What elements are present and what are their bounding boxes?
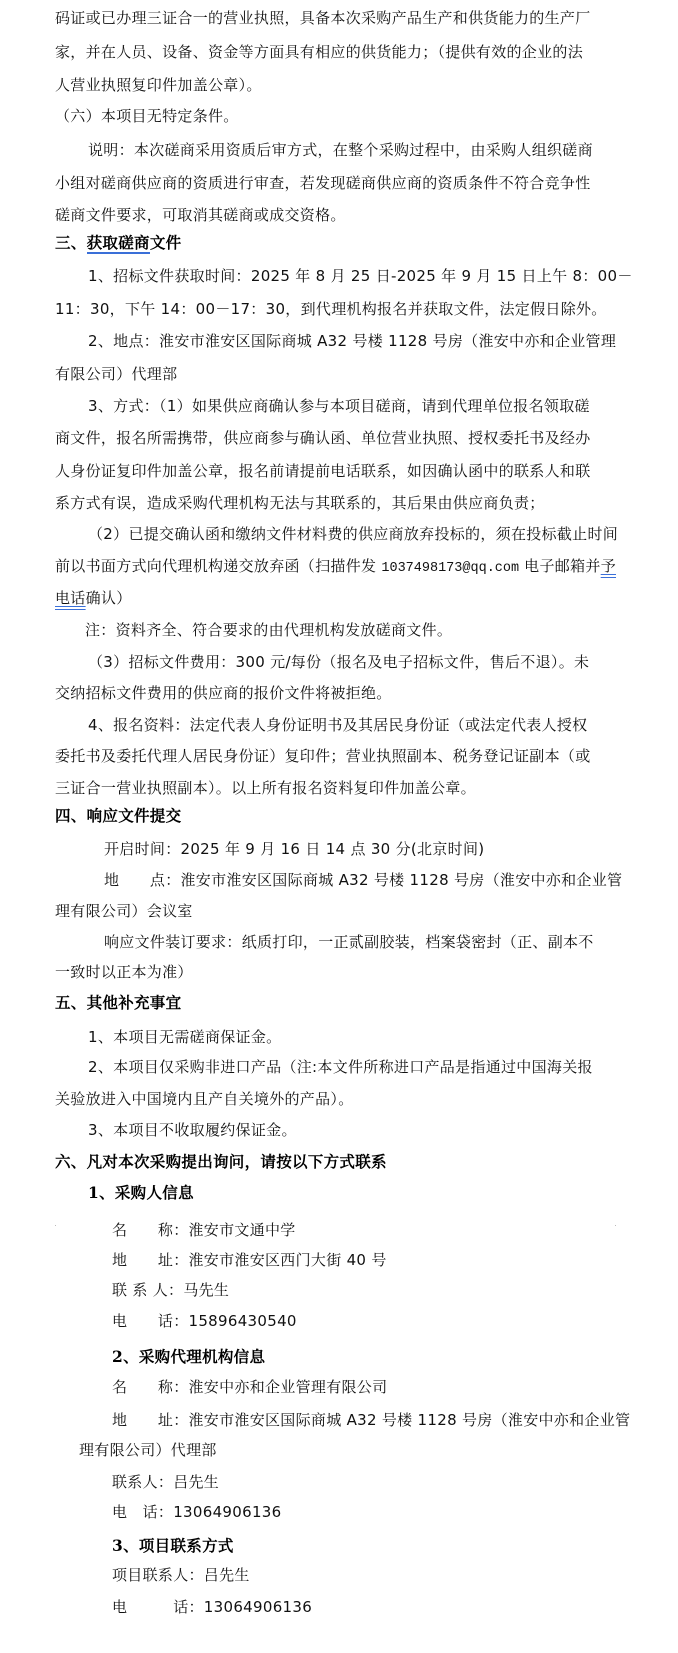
paragraph-line: 电话确认）: [55, 588, 132, 608]
paragraph-line: 3、方式：（1）如果供应商确认参与本项目磋商，请到代理单位报名领取磋: [88, 396, 590, 416]
paragraph-line: 说明：本次磋商采用资质后审方式，在整个采购过程中，由采购人组织磋商: [88, 140, 593, 160]
paragraph-line: 人身份证复印件加盖公章，报名前请提前电话联系，如因确认函中的联系人和联: [55, 461, 591, 481]
project-phone: 电 话：13064906136: [112, 1597, 312, 1617]
spellcheck-underlined-text: 予: [601, 557, 616, 575]
paragraph-line: 3、本项目不收取履约保证金。: [88, 1120, 297, 1140]
heading-underlined-text: 获取磋商: [87, 233, 150, 254]
section-heading-4: 四、响应文件提交: [55, 806, 181, 826]
paragraph-line: 码证或已办理三证合一的营业执照，具备本次采购产品生产和供货能力的生产厂: [55, 8, 591, 28]
project-contact: 项目联系人：吕先生: [112, 1565, 250, 1585]
paragraph-line: 2、地点：淮安市淮安区国际商城 A32 号楼 1128 号房（淮安中亦和企业管理: [88, 331, 616, 351]
paragraph-line: 小组对磋商供应商的资质进行审查，若发现磋商供应商的资质条件不符合竞争性: [55, 173, 591, 193]
paragraph-line: 系方式有误，造成采购代理机构无法与其联系的，其后果由供应商负责；: [55, 493, 545, 513]
spellcheck-underlined-text: 电话: [55, 589, 86, 607]
paragraph-line: 三证合一营业执照副本）。以上所有报名资料复印件加盖公章。: [55, 778, 476, 798]
paragraph-line: （六）本项目无特定条件。: [55, 106, 239, 126]
purchaser-name: 名 称：淮安市文通中学: [112, 1220, 296, 1240]
paragraph-line: 商文件，报名所需携带，供应商参与确认函、单位营业执照、授权委托书及经办: [55, 428, 591, 448]
section-heading-3: 三、获取磋商文件: [55, 233, 181, 253]
place-line: 地 点：淮安市淮安区国际商城 A32 号楼 1128 号房（淮安中亦和企业管: [104, 870, 622, 890]
paragraph-line: 1、本项目无需磋商保证金。: [88, 1027, 281, 1047]
project-contact-heading: 3、项目联系方式: [112, 1536, 234, 1556]
text-run: 前以书面方式向代理机构递交放弃函（扫描件发: [55, 557, 381, 575]
paragraph-line: 前以书面方式向代理机构递交放弃函（扫描件发 1037498173@qq.com …: [55, 556, 616, 579]
agency-heading: 2、采购代理机构信息: [112, 1347, 265, 1367]
paragraph-line: 磋商文件要求，可取消其磋商或成交资格。: [55, 205, 346, 225]
paragraph-line: 人营业执照复印件加盖公章）。: [55, 75, 262, 95]
paragraph-line: 家，并在人员、设备、资金等方面具有相应的供货能力；（提供有效的企业的法: [55, 42, 583, 62]
paragraph-line: 1、招标文件获取时间：2025 年 8 月 25 日-2025 年 9 月 15…: [88, 266, 633, 286]
purchaser-contact: 联 系 人：马先生: [112, 1280, 229, 1300]
paragraph-line: 有限公司）代理部: [55, 364, 177, 384]
margin-mark: [615, 1225, 616, 1226]
paragraph-line: 2、本项目仅采购非进口产品（注:本文件所称进口产品是指通过中国海关报: [88, 1057, 593, 1077]
text-run: 确认）: [86, 589, 132, 607]
paragraph-line: 委托书及委托代理人居民身份证）复印件；营业执照副本、税务登记证副本（或: [55, 746, 591, 766]
text-run: 电子邮箱并: [519, 557, 601, 575]
agency-name: 名 称：淮安中亦和企业管理有限公司: [112, 1377, 387, 1397]
section-heading-6: 六、凡对本次采购提出询问，请按以下方式联系: [55, 1152, 387, 1172]
margin-mark: [55, 1225, 56, 1226]
heading-prefix: 三、: [55, 233, 87, 252]
place-line-cont: 理有限公司）会议室: [55, 901, 193, 921]
purchaser-phone: 电 话：15896430540: [112, 1311, 297, 1331]
agency-contact: 联系人：吕先生: [112, 1472, 219, 1492]
paragraph-line: 4、报名资料：法定代表人身份证明书及其居民身份证（或法定代表人授权: [88, 715, 587, 735]
email-link[interactable]: 1037498173@qq.com: [381, 561, 519, 576]
binding-line-cont: 一致时以正本为准）: [55, 962, 193, 982]
agency-address-cont: 理有限公司）代理部: [79, 1440, 217, 1460]
purchaser-address: 地 址：淮安市淮安区西门大街 40 号: [112, 1250, 387, 1270]
paragraph-line: 关验放进入中国境内且产自关境外的产品）。: [55, 1089, 354, 1109]
note-line: 注：资料齐全、符合要求的由代理机构发放磋商文件。: [85, 620, 452, 640]
agency-address: 地 址：淮安市淮安区国际商城 A32 号楼 1128 号房（淮安中亦和企业管: [112, 1410, 630, 1430]
section-heading-5: 五、其他补充事宜: [55, 993, 181, 1013]
binding-line: 响应文件装订要求：纸质打印，一正贰副胶装，档案袋密封（正、副本不: [104, 932, 594, 952]
heading-suffix: 文件: [150, 233, 182, 252]
paragraph-line: 11：30，下午 14：00－17：30，到代理机构报名并获取文件，法定假日除外…: [55, 299, 607, 319]
agency-phone: 电 话：13064906136: [112, 1502, 281, 1522]
purchaser-heading: 1、采购人信息: [88, 1183, 194, 1203]
paragraph-line: （3）招标文件费用：300 元/每份（报名及电子招标文件，售后不退）。未: [88, 652, 589, 672]
paragraph-line: （2）已提交确认函和缴纳文件材料费的供应商放弃投标的，须在投标截止时间: [88, 524, 618, 544]
open-time-line: 开启时间：2025 年 9 月 16 日 14 点 30 分(北京时间): [104, 839, 484, 859]
paragraph-line: 交纳招标文件费用的供应商的报价文件将被拒绝。: [55, 683, 392, 703]
